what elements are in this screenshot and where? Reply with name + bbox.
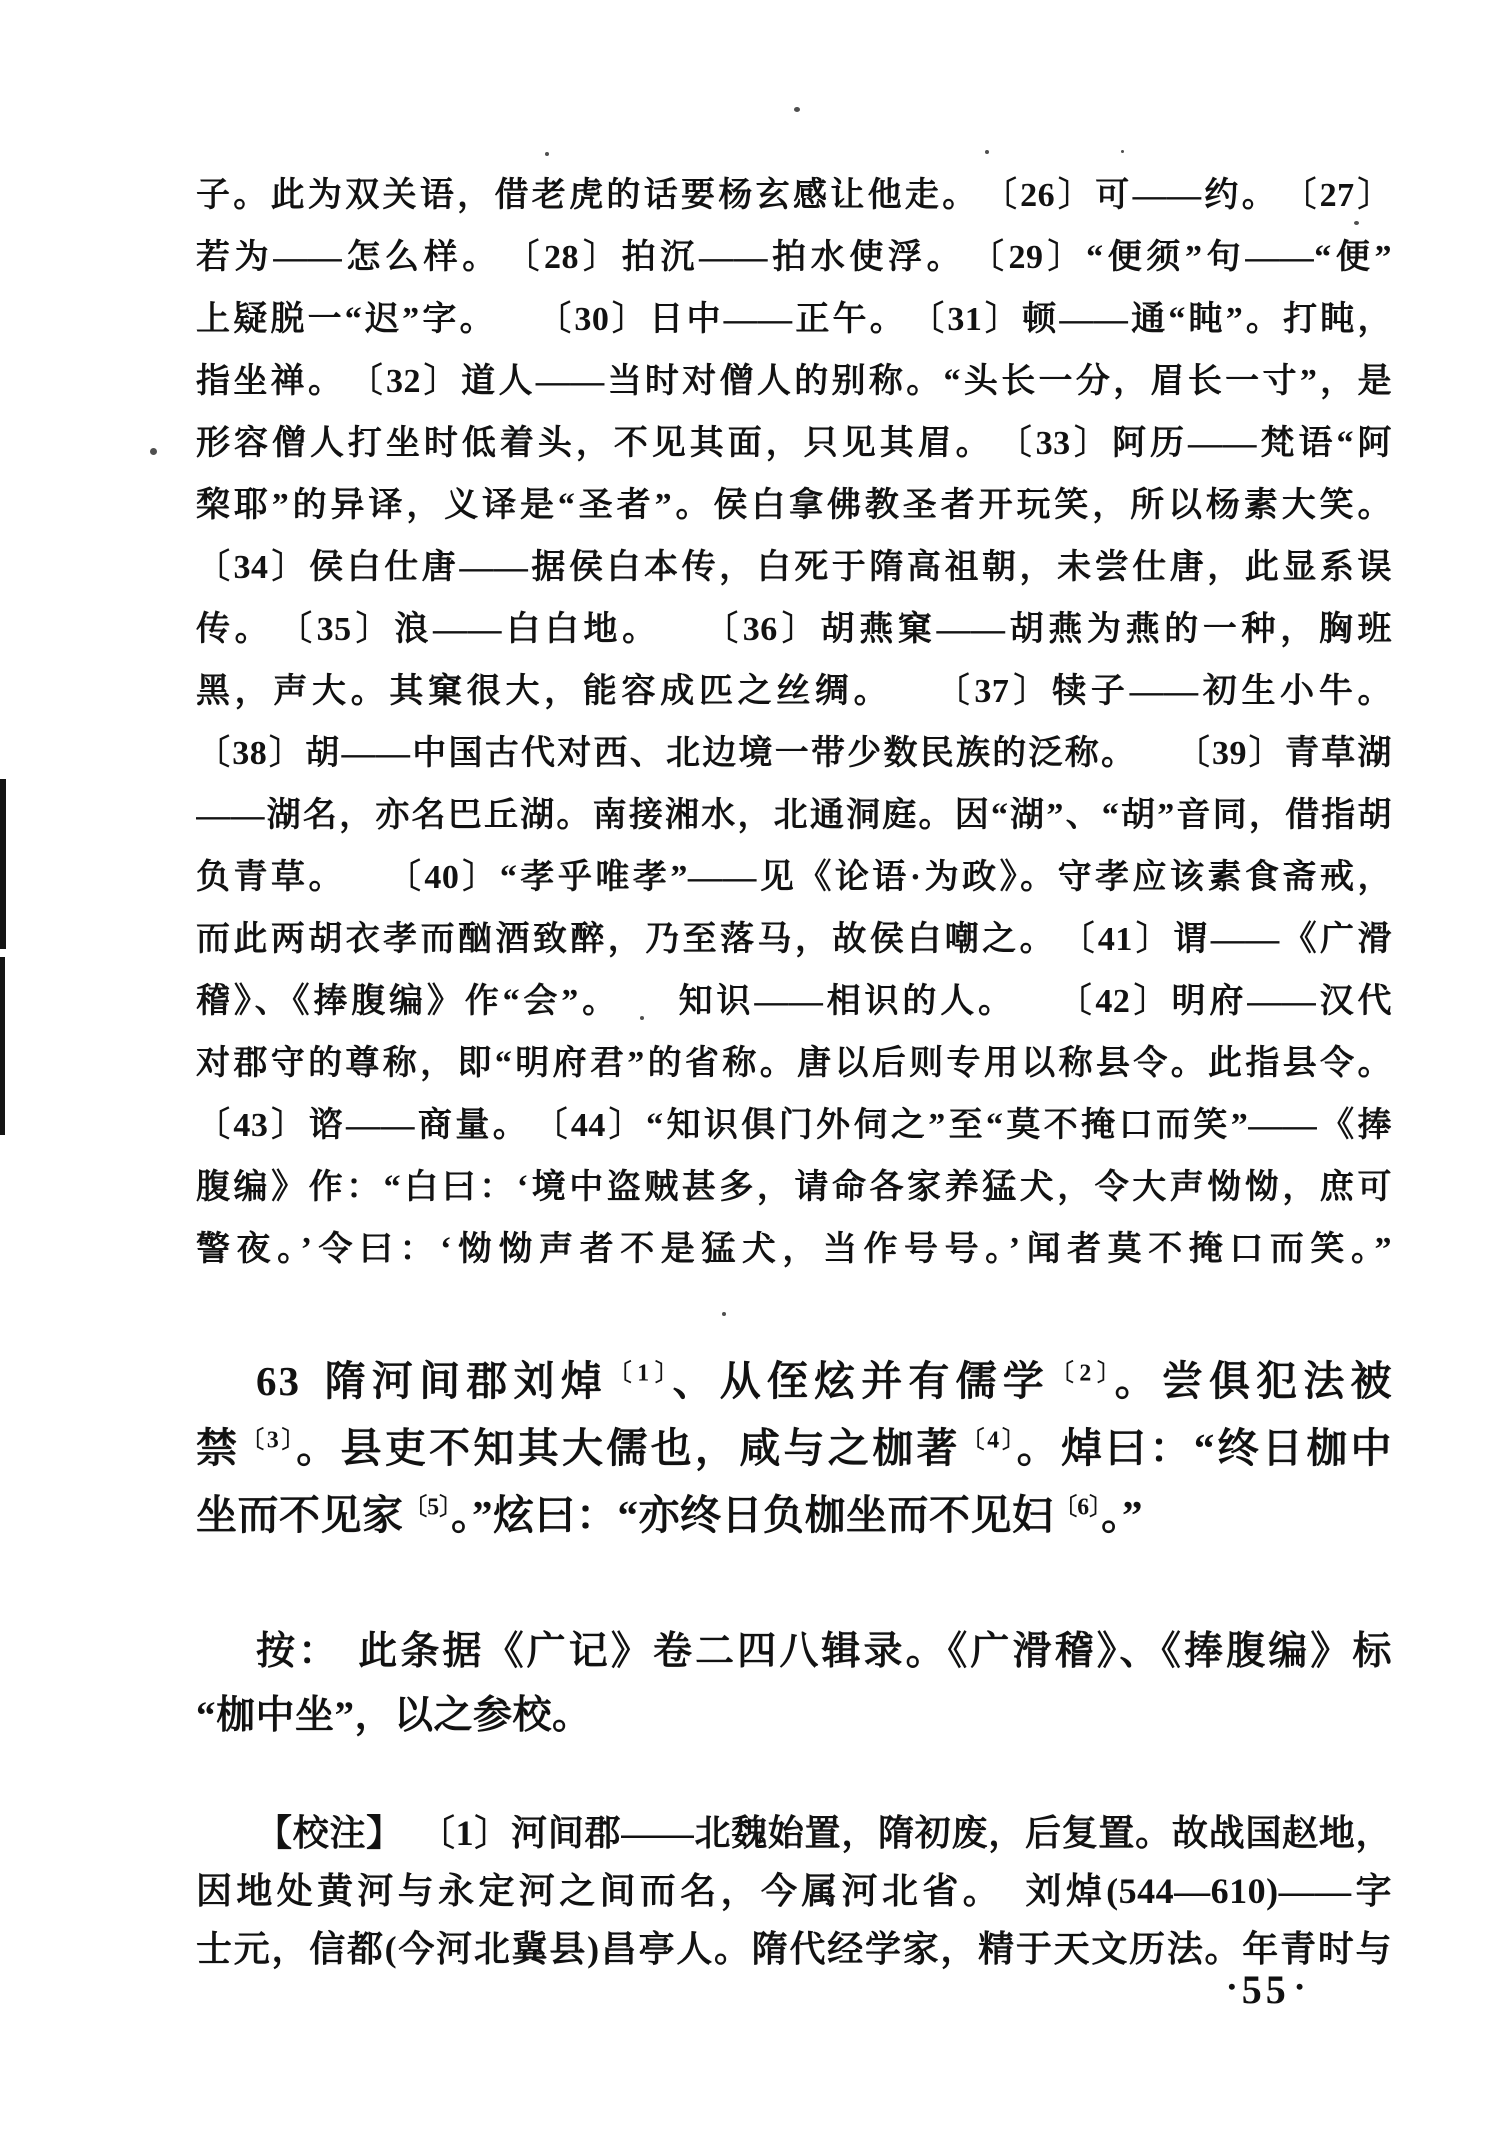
- editor-note-text: “枷中坐”，以之参校。: [196, 1694, 592, 1737]
- text-line: 指坐禅。 〔32〕道人——当时对僧人的别称。“头长一分，眉长一寸”，是: [196, 351, 1392, 413]
- editor-note-paragraph: 按：此条据《广记》卷二四八辑录。《广滑稽》、《捧腹编》标 “枷中坐”，以之参校。: [196, 1620, 1392, 1748]
- scan-artifact-speck: [640, 1016, 644, 1020]
- collation-text: 〔1〕河间郡——北魏始置，隋初废，后复置。故战国赵地，: [437, 1813, 1392, 1853]
- scan-artifact-speck: [722, 1312, 726, 1316]
- text-line: 对郡守的尊称，即“明府君”的省称。唐以后则专用以称县令。此指县令。: [196, 1033, 1392, 1095]
- text-line: 黑，声大。其窠很大，能容成匹之丝绸。 〔37〕犊子——初生小牛。: [196, 661, 1392, 723]
- scan-artifact-edge-line: [0, 779, 6, 949]
- text-line: 而此两胡衣孝而酗酒致醉，乃至落马，故侯白嘲之。 〔41〕谓——《广滑: [196, 909, 1392, 971]
- scan-artifact-speck: [1121, 150, 1124, 153]
- text-line: 子。此为双关语，借老虎的话要杨玄感让他走。 〔26〕可——约。 〔27〕: [196, 165, 1392, 227]
- collation-note-paragraph: 【校注】〔1〕河间郡——北魏始置，隋初废，后复置。故战国赵地， 因地处黄河与永定…: [196, 1804, 1392, 1978]
- entry-text: 坐而不见家〔5〕。”炫曰：“亦终日负枷坐而不见妇〔6〕。”: [196, 1492, 1143, 1538]
- scan-artifact-speck: [150, 448, 157, 455]
- text-line: “枷中坐”，以之参校。: [196, 1684, 1392, 1748]
- notes-continuation-paragraph: 子。此为双关语，借老虎的话要杨玄感让他走。 〔26〕可——约。 〔27〕 若为—…: [196, 165, 1392, 1281]
- entry-text: 禁〔3〕。县吏不知其大儒也，咸与之枷著〔4〕。焯曰：“终日枷中: [196, 1425, 1392, 1471]
- text-line: 按：此条据《广记》卷二四八辑录。《广滑稽》、《捧腹编》标: [196, 1620, 1392, 1684]
- text-line: 士元，信都(今河北冀县)昌亭人。隋代经学家，精于天文历法。年青时与: [196, 1920, 1392, 1978]
- scan-artifact-speck: [794, 107, 800, 112]
- text-line: 【校注】〔1〕河间郡——北魏始置，隋初废，后复置。故战国赵地，: [196, 1804, 1392, 1862]
- text-line: 棃耶”的异译，义译是“圣者”。侯白拿佛教圣者开玩笑，所以杨素大笑。: [196, 475, 1392, 537]
- text-line: 若为——怎么样。 〔28〕拍沉——拍水使浮。 〔29〕“便须”句——“便”: [196, 227, 1392, 289]
- text-line: 〔34〕侯白仕唐——据侯白本传，白死于隋高祖朝，未尝仕唐，此显系误: [196, 537, 1392, 599]
- scan-artifact-edge-line: [0, 957, 5, 1135]
- scanned-page: 子。此为双关语，借老虎的话要杨玄感让他走。 〔26〕可——约。 〔27〕 若为—…: [0, 0, 1500, 2138]
- entry-63-paragraph: 63隋河间郡刘焯〔1〕、从侄炫并有儒学〔2〕。尝俱犯法被 禁〔3〕。县吏不知其大…: [196, 1348, 1392, 1549]
- collation-text: 士元，信都(今河北冀县)昌亭人。隋代经学家，精于天文历法。年青时与: [196, 1929, 1392, 1969]
- scan-artifact-speck: [1354, 221, 1359, 225]
- scan-artifact-speck: [545, 152, 549, 156]
- collation-text: 因地处黄河与永定河之间而名，今属河北省。 刘焯(544—610)——字: [196, 1871, 1392, 1911]
- collation-label: 【校注】: [256, 1813, 403, 1853]
- page-number: •55•: [1222, 1966, 1309, 2013]
- text-line: 传。 〔35〕浪——白白地。 〔36〕胡燕窠——胡燕为燕的一种，胸班: [196, 599, 1392, 661]
- text-line: 63隋河间郡刘焯〔1〕、从侄炫并有儒学〔2〕。尝俱犯法被: [196, 1348, 1392, 1415]
- text-line: 〔43〕谘——商量。 〔44〕“知识俱门外伺之”至“莫不掩口而笑”——《捧: [196, 1095, 1392, 1157]
- scan-artifact-speck: [985, 150, 989, 154]
- text-line: 警夜。’令曰：‘怮怮声者不是猛犬，当作号号。’闻者莫不掩口而笑。”: [196, 1219, 1392, 1281]
- page-number-value: 55: [1242, 1967, 1290, 2012]
- text-line: ——湖名，亦名巴丘湖。南接湘水，北通洞庭。因“湖”、“胡”音同，借指胡: [196, 785, 1392, 847]
- editor-note-text: 此条据《广记》卷二四八辑录。《广滑稽》、《捧腹编》标: [358, 1630, 1392, 1673]
- entry-text: 隋河间郡刘焯〔1〕、从侄炫并有儒学〔2〕。尝俱犯法被: [319, 1358, 1392, 1404]
- text-line: 因地处黄河与永定河之间而名，今属河北省。 刘焯(544—610)——字: [196, 1862, 1392, 1920]
- page-number-bullet-right: •: [1290, 1974, 1310, 1999]
- text-line: 坐而不见家〔5〕。”炫曰：“亦终日负枷坐而不见妇〔6〕。”: [196, 1482, 1392, 1549]
- text-line: 〔38〕胡——中国古代对西、北边境一带少数民族的泛称。 〔39〕青草湖: [196, 723, 1392, 785]
- text-line: 负青草。 〔40〕“孝乎唯孝”——见《论语·为政》。守孝应该素食斋戒，: [196, 847, 1392, 909]
- text-line: 腹编》作：“白曰：‘境中盗贼甚多，请命各家养猛犬，令大声怮怮，庶可: [196, 1157, 1392, 1219]
- text-line: 禁〔3〕。县吏不知其大儒也，咸与之枷著〔4〕。焯曰：“终日枷中: [196, 1415, 1392, 1482]
- editor-note-label: 按：: [256, 1630, 340, 1673]
- text-line: 稽》、《捧腹编》作“会”。 知识——相识的人。 〔42〕明府——汉代: [196, 971, 1392, 1033]
- text-line: 上疑脱一“迟”字。 〔30〕日中——正午。 〔31〕顿——通“盹”。打盹，: [196, 289, 1392, 351]
- page-number-bullet-left: •: [1222, 1974, 1242, 1999]
- text-line: 形容僧人打坐时低着头，不见其面，只见其眉。 〔33〕阿历——梵语“阿: [196, 413, 1392, 475]
- entry-number: 63: [256, 1358, 301, 1404]
